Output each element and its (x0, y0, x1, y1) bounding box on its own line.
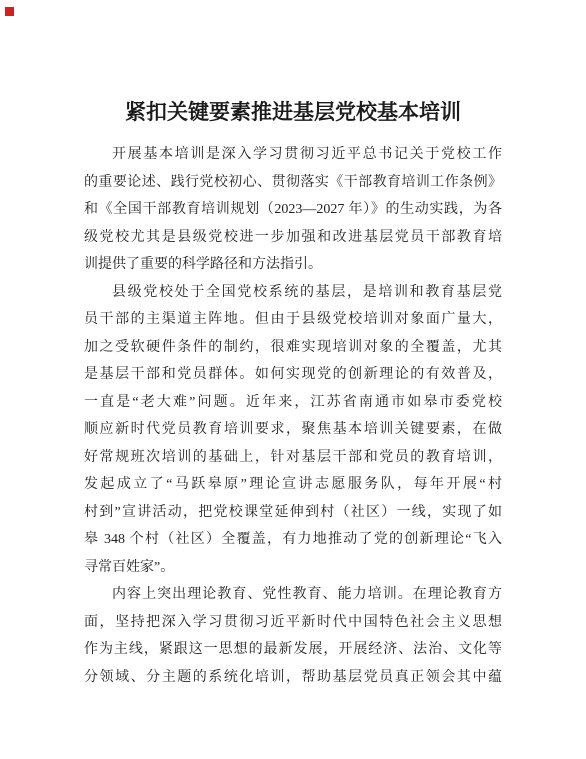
body-line: 开展基本培训是深入学习贯彻习近平总书记关于党校工作 (84, 141, 502, 169)
body-line: 好常规班次培训的基础上，针对基层干部和党员的教育培训， (84, 444, 502, 472)
body-line: 顺应新时代党员教育培训要求，聚焦基本培训关键要素，在做 (84, 416, 502, 444)
body-line: 级党校尤其是县级党校进一步加强和改进基层党员干部教育培 (84, 224, 502, 252)
body-line: 是基层干部和党员群体。如何实现党的创新理论的有效普及， (84, 361, 502, 389)
body-line: 村到”宣讲活动，把党校课堂延伸到村（社区）一线，实现了如 (84, 499, 502, 527)
body-line: 训提供了重要的科学路径和方法指引。 (84, 251, 502, 279)
body-line: 分领域、分主题的系统化培训，帮助基层党员真正领会其中蕴 (84, 664, 502, 692)
body-line: 一直是“老大难”问题。近年来，江苏省南通市如皋市委党校 (84, 389, 502, 417)
document-body: 开展基本培训是深入学习贯彻习近平总书记关于党校工作 的重要论述、践行党校初心、贯… (84, 141, 502, 691)
document-title: 紧扣关键要素推进基层党校基本培训 (84, 99, 502, 127)
body-line: 内容上突出理论教育、党性教育、能力培训。在理论教育方 (84, 581, 502, 609)
body-line: 和《全国干部教育培训规划（2023—2027 年）》的生动实践，为各 (84, 196, 502, 224)
body-line: 作为主线，紧跟这一思想的最新发展，开展经济、法治、文化等 (84, 636, 502, 664)
red-marker-icon (5, 7, 14, 16)
body-line: 的重要论述、践行党校初心、贯彻落实《干部教育培训工作条例》 (84, 169, 502, 197)
body-line: 皋 348 个村（社区）全覆盖，有力地推动了党的创新理论“飞入 (84, 526, 502, 554)
body-line: 县级党校处于全国党校系统的基层，是培训和教育基层党 (84, 279, 502, 307)
body-line: 面，坚持把深入学习贯彻习近平新时代中国特色社会主义思想 (84, 609, 502, 637)
paragraph-3: 内容上突出理论教育、党性教育、能力培训。在理论教育方 面，坚持把深入学习贯彻习近… (84, 581, 502, 691)
body-line: 加之受软硬件条件的制约，很难实现培训对象的全覆盖，尤其 (84, 334, 502, 362)
body-line: 员干部的主渠道主阵地。但由于县级党校培训对象面广量大， (84, 306, 502, 334)
document-page: 紧扣关键要素推进基层党校基本培训 开展基本培训是深入学习贯彻习近平总书记关于党校… (0, 0, 586, 759)
body-line: 发起成立了“马跃皋原”理论宣讲志愿服务队，每年开展“村 (84, 471, 502, 499)
body-line: 寻常百姓家”。 (84, 554, 502, 582)
paragraph-2: 县级党校处于全国党校系统的基层，是培训和教育基层党 员干部的主渠道主阵地。但由于… (84, 279, 502, 582)
paragraph-1: 开展基本培训是深入学习贯彻习近平总书记关于党校工作 的重要论述、践行党校初心、贯… (84, 141, 502, 279)
